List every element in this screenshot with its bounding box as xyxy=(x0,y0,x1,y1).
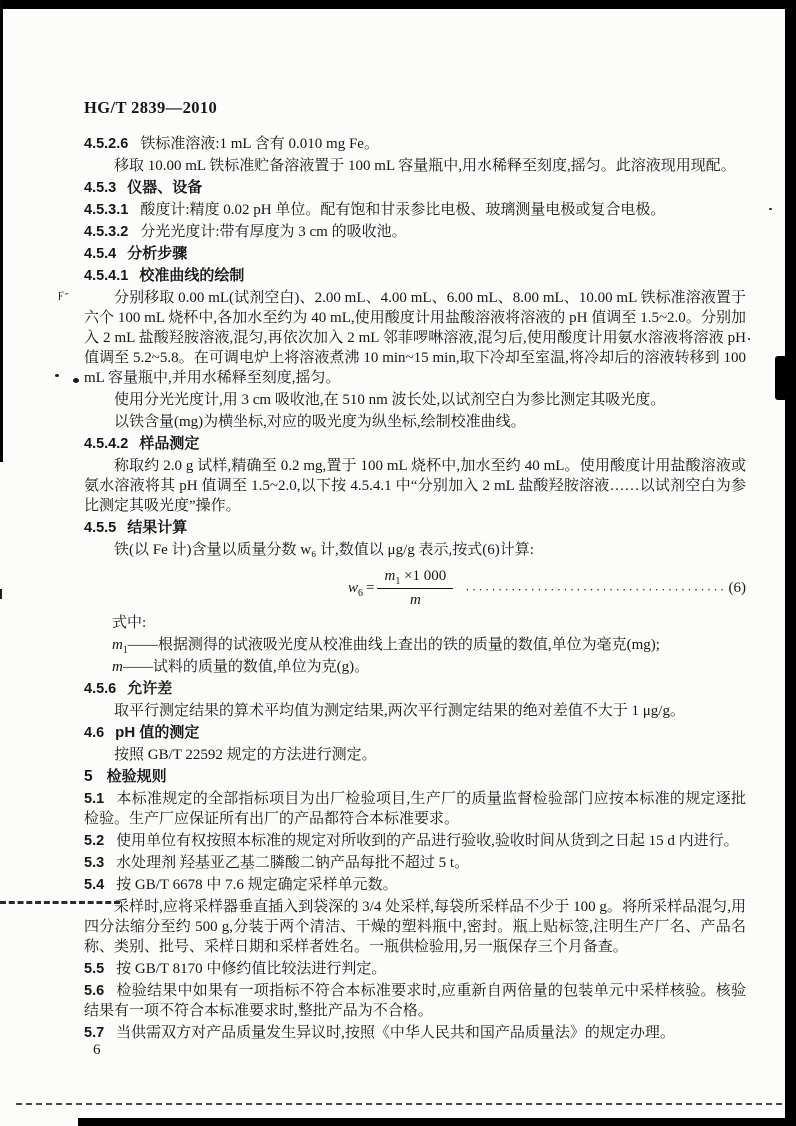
scan-speck xyxy=(769,208,772,210)
scan-artifact-pen-mark: ϝ‑ xyxy=(57,285,71,301)
clause-number: 5.6 xyxy=(84,983,104,999)
symbol-description: ——根据测得的试液吸光度从校准曲线上查出的铁的质量的数值,单位为毫克(mg); xyxy=(128,637,660,653)
scan-speck xyxy=(0,589,2,599)
heading-4.5.4.2: 4.5.4.2样品测定 xyxy=(84,434,746,454)
heading-4.5.3: 4.5.3仪器、设备 xyxy=(84,178,746,198)
clause-text: 使用单位有权按照本标准的规定对所收到的产品进行验收,验收时间从货到之日起 15 … xyxy=(116,833,739,849)
clause-text: 允许差 xyxy=(127,680,172,697)
clause-4.5.3.2: 4.5.3.2分光光度计:带有厚度为 3 cm 的吸收池。 xyxy=(84,222,746,242)
scan-speck xyxy=(73,378,79,383)
heading-4.5.4: 4.5.4分析步骤 xyxy=(84,244,746,264)
clause-text: 本标准规定的全部指标项目为出厂检验项目,生产厂的质量监督检验部门应按本标准的规定… xyxy=(84,791,746,827)
dotted-leader: ········································… xyxy=(465,580,722,599)
fraction-numerator: m1 ×1 000 xyxy=(377,567,453,589)
heading-4.6: 4.6pH 值的测定 xyxy=(84,723,746,743)
clause-text: pH 值的测定 xyxy=(115,724,199,741)
formula-equation-6: w6=m1 ×1 000m···························… xyxy=(84,567,746,610)
body-paragraph: 按照 GB/T 22592 规定的方法进行测定。 xyxy=(84,745,746,765)
chapter-5: 5检验规则 xyxy=(84,767,746,787)
clause-number: 5.4 xyxy=(84,877,104,893)
scan-artifact-blob xyxy=(775,356,787,400)
body-paragraph: 铁(以 Fe 计)含量以质量分数 w₆ 计,数值以 μg/g 表示,按式(6)计… xyxy=(84,540,746,560)
clause-number: 5.1 xyxy=(84,791,104,807)
equation-number: (6) xyxy=(729,579,747,598)
clause-number: 4.5.3 xyxy=(84,180,116,196)
clause-number: 4.5.6 xyxy=(84,681,116,697)
clause-number: 4.5.4.1 xyxy=(84,268,128,284)
clause-5.2: 5.2使用单位有权按照本标准的规定对所收到的产品进行验收,验收时间从货到之日起 … xyxy=(84,831,746,851)
clause-number: 4.6 xyxy=(84,725,104,741)
clause-text: 分析步骤 xyxy=(127,245,187,262)
clause-number: 5.7 xyxy=(84,1025,104,1041)
doc-content: HG/T 2839—2010 4.5.2.6铁标准溶液:1 mL 含有 0.01… xyxy=(84,98,746,1043)
body-paragraph: 移取 10.00 mL 铁标准贮备溶液置于 100 mL 容量瓶中,用水稀释至刻… xyxy=(84,156,746,176)
scan-speck xyxy=(55,374,59,377)
body-paragraph: 称取约 2.0 g 试样,精确至 0.2 mg,置于 100 mL 烧杯中,加水… xyxy=(84,456,746,516)
symbol-definition: m1——根据测得的试液吸光度从校准曲线上查出的铁的质量的数值,单位为毫克(mg)… xyxy=(84,635,746,655)
clause-number: 4.5.4 xyxy=(84,246,116,262)
clause-number: 4.5.5 xyxy=(84,520,116,536)
page-number: 6 xyxy=(93,1042,101,1059)
heading-4.5.5: 4.5.5结果计算 xyxy=(84,518,746,538)
clause-text: 样品测定 xyxy=(139,435,199,452)
clause-4.5.2.6: 4.5.2.6铁标准溶液:1 mL 含有 0.010 mg Fe。 xyxy=(84,134,746,154)
clause-text: 结果计算 xyxy=(127,519,187,536)
symbol-variable: m xyxy=(112,637,123,653)
fraction: m1 ×1 000m xyxy=(377,567,453,610)
scan-artifact-dotted-line xyxy=(16,1103,782,1105)
body-paragraph: 取平行测定结果的算术平均值为测定结果,两次平行测定结果的绝对差值不大于 1 μg… xyxy=(84,701,746,721)
clause-5.6: 5.6检验结果中如果有一项指标不符合本标准要求时,应重新自两倍量的包装单元中采样… xyxy=(84,981,746,1021)
clause-text: 分光光度计:带有厚度为 3 cm 的吸收池。 xyxy=(140,224,406,240)
scanned-standard-page: ϝ‑ HG/T 2839—2010 4.5.2.6铁标准溶液:1 mL 含有 0… xyxy=(0,0,796,1126)
symbol-variable: m xyxy=(112,659,123,675)
clause-number: 4.5.3.1 xyxy=(84,202,128,218)
clause-number: 4.5.4.2 xyxy=(84,436,128,452)
scan-edge-left xyxy=(0,0,3,462)
body-paragraph: 采样时,应将采样器垂直插入到袋深的 3/4 处采样,每袋所采样品不少于 100 … xyxy=(84,897,746,957)
heading-4.5.6: 4.5.6允许差 xyxy=(84,679,746,699)
formula-lhs: w6= xyxy=(348,579,377,598)
clause-5.3: 5.3水处理剂 羟基亚乙基二膦酸二钠产品每批不超过 5 t。 xyxy=(84,853,746,873)
clause-5.5: 5.5按 GB/T 8170 中修约值比较法进行判定。 xyxy=(84,959,746,979)
clause-text: 当供需双方对产品质量发生异议时,按照《中华人民共和国产品质量法》的规定办理。 xyxy=(116,1025,675,1041)
clause-text: 检验结果中如果有一项指标不符合本标准要求时,应重新自两倍量的包装单元中采样核验。… xyxy=(84,983,746,1019)
clause-text: 仪器、设备 xyxy=(127,179,202,196)
symbol-description: ——试料的质量的数值,单位为克(g)。 xyxy=(123,659,369,675)
clause-number: 4.5.3.2 xyxy=(84,224,128,240)
clause-5.1: 5.1本标准规定的全部指标项目为出厂检验项目,生产厂的质量监督检验部门应按本标准… xyxy=(84,789,746,829)
clause-text: 按 GB/T 8170 中修约值比较法进行判定。 xyxy=(116,961,386,977)
heading-4.5.4.1: 4.5.4.1校准曲线的绘制 xyxy=(84,266,746,286)
scan-speck xyxy=(748,338,750,340)
clause-text: 酸度计:精度 0.02 pH 单位。配有饱和甘汞参比电极、玻璃测量电极或复合电极… xyxy=(140,202,665,218)
clause-text: 按 GB/T 6678 中 7.6 规定确定采样单元数。 xyxy=(116,877,397,893)
doc-body: 4.5.2.6铁标准溶液:1 mL 含有 0.010 mg Fe。移取 10.0… xyxy=(84,134,746,1043)
where-label: 式中: xyxy=(84,613,746,633)
clause-number: 4.5.2.6 xyxy=(84,136,128,152)
clause-number: 5 xyxy=(84,768,93,785)
clause-text: 铁标准溶液:1 mL 含有 0.010 mg Fe。 xyxy=(140,136,379,152)
body-paragraph: 使用分光光度计,用 3 cm 吸收池,在 510 nm 波长处,以试剂空白为参比… xyxy=(84,390,746,410)
scan-edge-top xyxy=(0,0,796,9)
clause-5.7: 5.7当供需双方对产品质量发生异议时,按照《中华人民共和国产品质量法》的规定办理… xyxy=(84,1023,746,1043)
body-paragraph: 分别移取 0.00 mL(试剂空白)、2.00 mL、4.00 mL、6.00 … xyxy=(84,288,746,388)
clause-number: 5.2 xyxy=(84,833,104,849)
standard-number-header: HG/T 2839—2010 xyxy=(84,98,746,118)
clause-5.4: 5.4按 GB/T 6678 中 7.6 规定确定采样单元数。 xyxy=(84,875,746,895)
fraction-denominator: m xyxy=(410,589,421,610)
scan-edge-right xyxy=(785,0,796,1126)
clause-text: 水处理剂 羟基亚乙基二膦酸二钠产品每批不超过 5 t。 xyxy=(116,855,469,871)
clause-number: 5.5 xyxy=(84,961,104,977)
clause-number: 5.3 xyxy=(84,855,104,871)
clause-4.5.3.1: 4.5.3.1酸度计:精度 0.02 pH 单位。配有饱和甘汞参比电极、玻璃测量… xyxy=(84,200,746,220)
clause-text: 校准曲线的绘制 xyxy=(139,267,244,284)
clause-text: 检验规则 xyxy=(107,768,167,785)
body-paragraph: 以铁含量(mg)为横坐标,对应的吸光度为纵坐标,绘制校准曲线。 xyxy=(84,412,746,432)
scan-edge-bottom xyxy=(78,1118,796,1126)
symbol-definition: m——试料的质量的数值,单位为克(g)。 xyxy=(84,657,746,677)
